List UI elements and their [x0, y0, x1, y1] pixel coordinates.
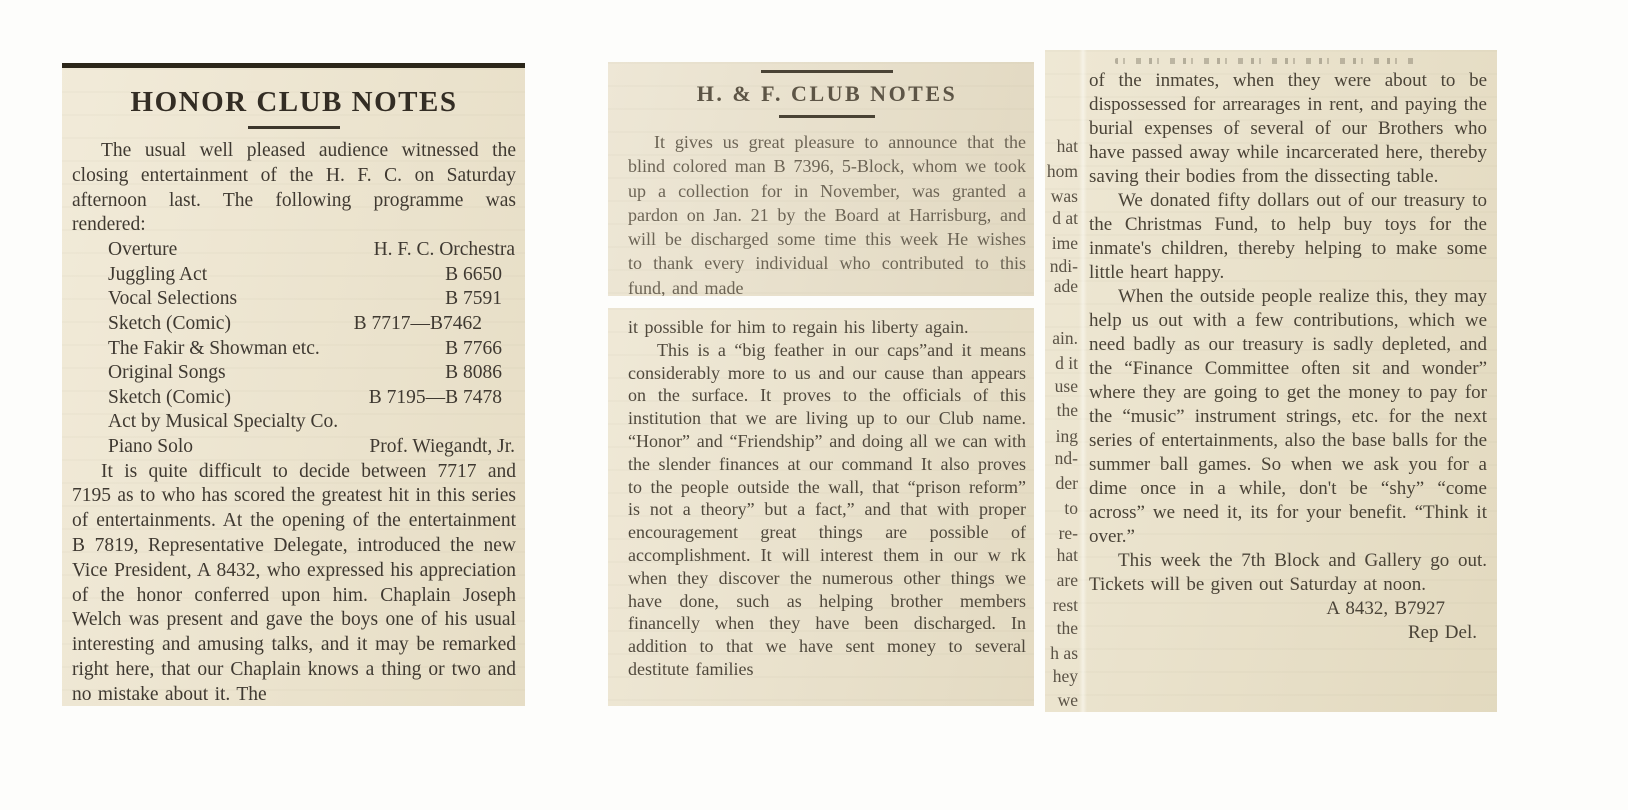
margin-word-fragment: was	[1045, 186, 1078, 206]
hf-club-paragraph-bottom: This is a “big feather in our caps”and i…	[628, 339, 1026, 681]
margin-word-fragment: d it	[1045, 353, 1078, 373]
hf-club-lead-line: it possible for him to regain his libert…	[628, 316, 1026, 339]
programme-act: Overture	[108, 238, 177, 263]
hf-club-title: H. & F. CLUB NOTES	[628, 81, 1026, 107]
hf-club-column-top-fragment: H. & F. CLUB NOTES It gives us great ple…	[608, 62, 1034, 296]
margin-word-fragment: ain.	[1045, 328, 1078, 348]
programme-row: Original SongsB 8086	[72, 361, 516, 386]
hf-club-column-bottom-fragment: it possible for him to regain his libert…	[608, 308, 1034, 706]
margin-word-fragment: are	[1045, 570, 1078, 590]
continuation-column: hathomwasd atimendi-adeain.d itusetheing…	[1045, 50, 1497, 712]
signature-title: Rep Del.	[1089, 621, 1487, 645]
margin-word-fragment: hat	[1045, 545, 1078, 565]
programme-row: Sketch (Comic)B 7195—B 7478	[72, 386, 516, 411]
programme-performer: B 8086	[445, 361, 516, 386]
programme-list: OvertureH. F. C. OrchestraJuggling ActB …	[72, 238, 516, 459]
continuation-body: of the inmates, when they were about to …	[1089, 69, 1487, 645]
programme-performer: B 7766	[445, 337, 516, 362]
margin-word-fragment: hom	[1045, 161, 1078, 181]
programme-act: The Fakir & Showman etc.	[108, 337, 320, 362]
programme-performer: H. F. C. Orchestra	[374, 238, 516, 263]
programme-performer: B 7195—B 7478	[369, 386, 516, 411]
margin-word-fragment: d at	[1045, 208, 1078, 228]
programme-act: Act by Musical Specialty Co.	[108, 410, 338, 435]
margin-word-fragment: to	[1045, 498, 1078, 518]
programme-row: Act by Musical Specialty Co.	[72, 410, 516, 435]
rule-above-title	[761, 70, 893, 73]
margin-word-fragment: re-	[1045, 523, 1078, 543]
margin-word-fragment: ndi-	[1045, 256, 1078, 276]
paragraph: This week the 7th Block and Gallery go o…	[1089, 549, 1487, 597]
margin-word-fragment: h as	[1045, 643, 1078, 663]
margin-word-fragment: ime	[1045, 233, 1078, 253]
paragraph: We donated fifty dollars out of our trea…	[1089, 189, 1487, 285]
programme-act: Piano Solo	[108, 435, 193, 460]
programme-row: The Fakir & Showman etc.B 7766	[72, 337, 516, 362]
margin-word-fragment: use	[1045, 376, 1078, 396]
programme-act: Juggling Act	[108, 263, 207, 288]
margin-word-fragment: the	[1045, 618, 1078, 638]
honor-club-body: It is quite difficult to decide between …	[72, 460, 516, 706]
honor-club-intro: The usual well pleased audience witnesse…	[72, 139, 516, 238]
margin-word-fragment: hey	[1045, 666, 1078, 686]
paragraph: When the outside people realize this, th…	[1089, 285, 1487, 549]
margin-word-fragment: ing	[1045, 426, 1078, 446]
programme-act: Vocal Selections	[108, 287, 237, 312]
programme-row: Sketch (Comic)B 7717—B7462	[72, 312, 516, 337]
margin-word-fragment: we	[1045, 690, 1078, 710]
signature-numbers: A 8432, B7927	[1089, 597, 1487, 621]
programme-row: Vocal SelectionsB 7591	[72, 287, 516, 312]
programme-performer: B 7591	[445, 287, 516, 312]
programme-performer: Prof. Wiegandt, Jr.	[369, 435, 516, 460]
title-underline-rule	[248, 126, 340, 129]
honor-club-title: HONOR CLUB NOTES	[72, 86, 516, 119]
programme-act: Sketch (Comic)	[108, 386, 231, 411]
margin-word-fragment: der	[1045, 473, 1078, 493]
programme-act: Sketch (Comic)	[108, 312, 231, 337]
margin-word-fragment: hat	[1045, 136, 1078, 156]
programme-act: Original Songs	[108, 361, 226, 386]
programme-performer: B 6650	[445, 263, 516, 288]
title-underline-rule	[779, 115, 875, 118]
programme-row: Juggling ActB 6650	[72, 263, 516, 288]
paragraph: of the inmates, when they were about to …	[1089, 69, 1487, 189]
honor-club-column: HONOR CLUB NOTES The usual well pleased …	[62, 63, 525, 706]
hf-club-paragraph-top: It gives us great pleasure to announce t…	[628, 130, 1026, 296]
scan-seam	[1079, 50, 1087, 712]
margin-word-fragment: rest	[1045, 595, 1078, 615]
programme-row: Piano SoloProf. Wiegandt, Jr.	[72, 435, 516, 460]
programme-row: OvertureH. F. C. Orchestra	[72, 238, 516, 263]
cut-off-text-line	[1115, 58, 1415, 64]
programme-performer	[502, 410, 516, 435]
programme-performer: B 7717—B7462	[354, 312, 516, 337]
margin-word-fragment: ade	[1045, 276, 1078, 296]
margin-word-fragment: nd-	[1045, 448, 1078, 468]
margin-word-fragment: the	[1045, 400, 1078, 420]
